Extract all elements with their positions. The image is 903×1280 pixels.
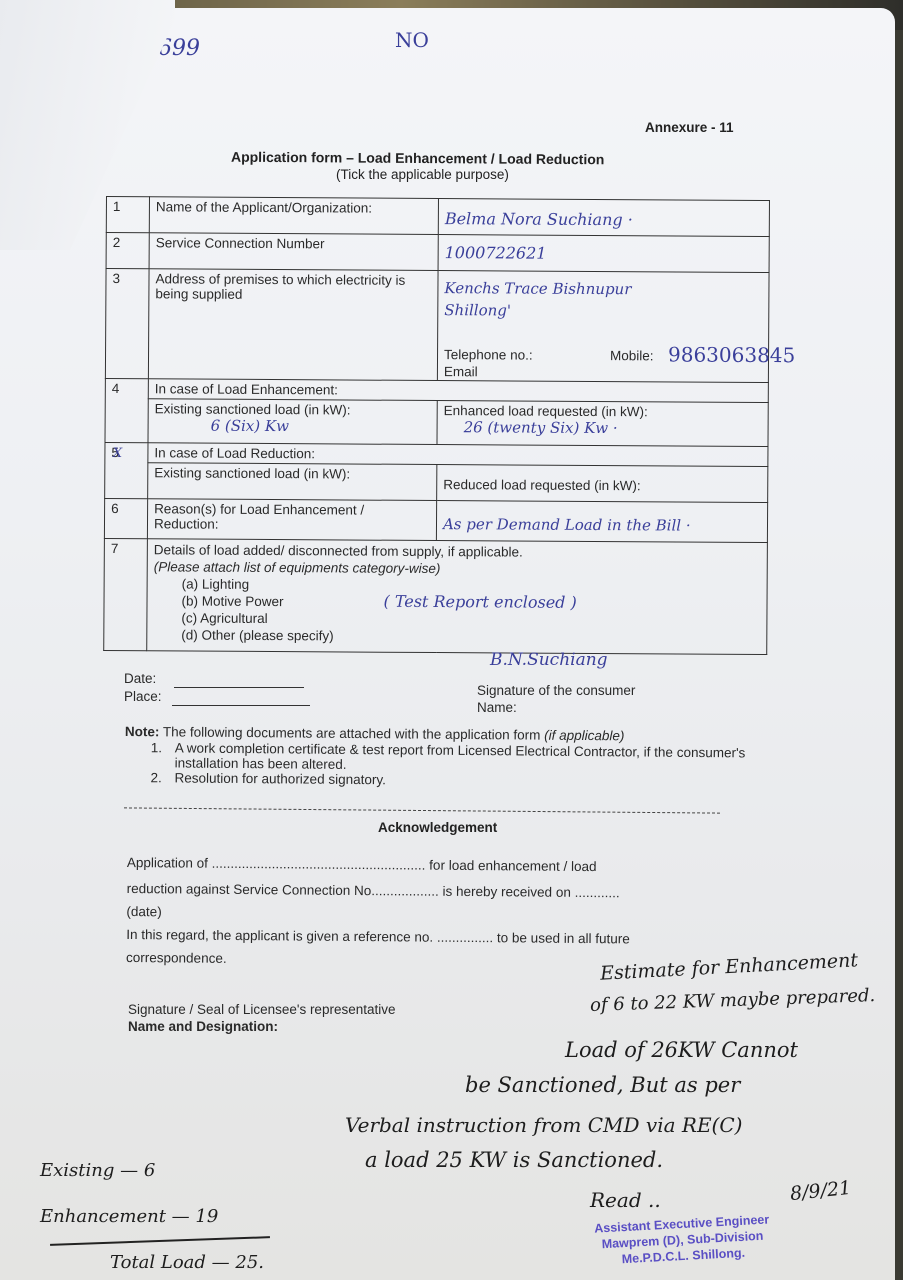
official-note-line-3: Load of 26KW Cannot	[565, 1038, 798, 1062]
strike-mark: X	[113, 446, 122, 461]
licensee-signature-label: Signature / Seal of Licensee's represent…	[128, 1002, 396, 1017]
row-number: 7	[104, 538, 148, 650]
row-number: 4	[105, 378, 148, 442]
official-note-line-5: Verbal instruction from CMD via RE(C)	[345, 1113, 742, 1137]
date-label: Date:	[124, 671, 156, 686]
acknowledgement-body: Application of .........................…	[126, 850, 757, 973]
service-connection-label: Service Connection Number	[149, 233, 438, 271]
telephone-label: Telephone no.:	[444, 347, 533, 363]
signature-label: Signature of the consumer	[477, 683, 635, 698]
mobile-value: 9863063845	[668, 342, 795, 367]
name-label: Name:	[477, 700, 517, 715]
form-subtitle: (Tick the applicable purpose)	[336, 167, 509, 182]
calc-total: Total Load — 25.	[110, 1252, 264, 1273]
place-label: Place:	[124, 689, 162, 704]
calc-existing: Existing — 6	[40, 1160, 155, 1181]
note-item-2: Resolution for authorized signatory.	[174, 770, 385, 787]
note-block: Note: The following documents are attach…	[124, 724, 765, 791]
applicant-name-label: Name of the Applicant/Organization:	[149, 197, 438, 235]
existing-load-label: Existing sanctioned load (in kW):	[155, 401, 351, 417]
ack-line-2: reduction against Service Connection No.…	[127, 876, 757, 907]
official-date: 8/9/21	[789, 1177, 852, 1205]
service-connection-value: 1000722621	[445, 243, 547, 263]
calc-enhancement: Enhancement — 19	[40, 1206, 218, 1227]
official-stamp: Assistant Executive Engineer Mawprem (D)…	[594, 1211, 771, 1268]
calc-underline	[50, 1236, 270, 1246]
note-label: Note:	[125, 724, 160, 739]
official-note-line-6: a load 25 KW is Sanctioned.	[365, 1148, 663, 1172]
existing-load-value: 6 (Six) Kw	[155, 416, 431, 436]
load-details-value: ( Test Report enclosed )	[383, 593, 576, 611]
official-note-line-2: of 6 to 22 KW maybe prepared.	[590, 985, 876, 1016]
applicant-name-value: Belma Nora Suchiang ·	[445, 209, 633, 229]
consumer-signature: B.N.Suchiang	[490, 650, 608, 670]
acknowledgement-title: Acknowledgement	[378, 820, 497, 835]
row-number: 3	[105, 269, 149, 379]
application-form-table: 1 Name of the Applicant/Organization: Be…	[103, 196, 770, 655]
handwritten-mark: NO	[395, 28, 429, 52]
licensee-name-label: Name and Designation:	[128, 1019, 278, 1034]
official-signature: Read ..	[590, 1188, 661, 1212]
form-title: Application form – Load Enhancement / Lo…	[231, 149, 604, 168]
row-number: 2	[106, 233, 149, 269]
address-label: Address of premises to which electricity…	[148, 269, 438, 381]
enhanced-load-value: 26 (twenty Six) Kw ·	[444, 418, 762, 438]
reason-value: As per Demand Load in the Bill ·	[443, 515, 691, 535]
enhanced-load-label: Enhanced load requested (in kW):	[444, 403, 648, 419]
email-label: Email	[444, 364, 478, 379]
reduced-load-label: Reduced load requested (in kW):	[437, 465, 768, 503]
place-line	[172, 705, 310, 706]
row-number: 1	[106, 197, 149, 233]
annexure-label: Annexure - 11	[645, 120, 734, 135]
existing-load-label-reduction: Existing sanctioned load (in kW):	[148, 463, 437, 501]
official-note-line-4: be Sanctioned, But as per	[465, 1073, 740, 1097]
reason-label: Reason(s) for Load Enhancement / Reducti…	[147, 499, 436, 541]
mobile-label: Mobile:	[610, 348, 654, 363]
cut-line	[124, 807, 720, 813]
address-value: Kenchs Trace Bishnupur Shillong'	[444, 277, 694, 323]
document-page: 699 NO Annexure - 11 Application form – …	[0, 8, 895, 1280]
date-line	[174, 687, 304, 688]
load-category-d: (d) Other (please specify)	[153, 626, 760, 647]
row-number: 6	[104, 498, 147, 538]
note-text-italic: (if applicable)	[544, 728, 624, 744]
